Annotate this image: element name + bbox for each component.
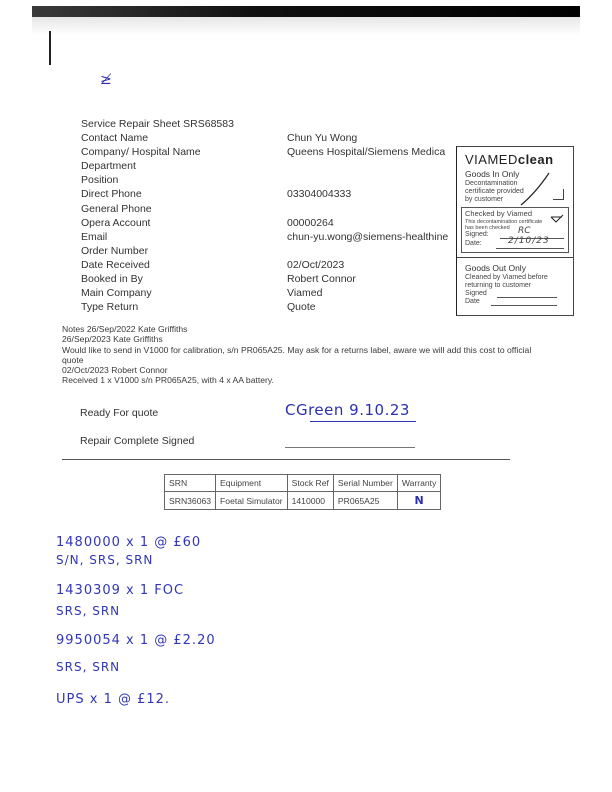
header-serial-number: Serial Number bbox=[333, 475, 397, 492]
field-label: Order Number bbox=[81, 244, 148, 258]
cell-stock-ref: 1410000 bbox=[287, 492, 333, 510]
field-label: Opera Account bbox=[81, 216, 150, 230]
scan-top-edge bbox=[32, 6, 580, 17]
handwritten-item-3-line1: 9950054 x 1 @ £2.20 bbox=[56, 633, 216, 648]
handwritten-item-1-line1: 1480000 x 1 @ £60 bbox=[56, 535, 201, 550]
handwritten-slash-mark bbox=[519, 171, 553, 207]
table-header-row: SRN Equipment Stock Ref Serial Number Wa… bbox=[165, 475, 441, 492]
goods-out-signed-label: Signed bbox=[465, 290, 487, 298]
field-label: Department bbox=[81, 159, 136, 173]
checkmark-icon bbox=[550, 214, 564, 224]
table-row: SRN36063 Foetal Simulator 1410000 PR065A… bbox=[165, 492, 441, 510]
goods-out-date-line bbox=[491, 305, 557, 306]
field-label: Date Received bbox=[81, 258, 150, 272]
field-label: Email bbox=[81, 230, 107, 244]
note-line: 02/Oct/2023 Robert Connor bbox=[62, 365, 582, 375]
goods-in-title: Goods In Only bbox=[465, 169, 519, 179]
ready-for-quote-label: Ready For quote bbox=[80, 406, 158, 420]
field-value: Queens Hospital/Siemens Medica bbox=[287, 145, 445, 159]
note-line: quote bbox=[62, 355, 582, 365]
note-line: Notes 26/Sep/2022 Kate Griffiths bbox=[62, 324, 582, 334]
field-label: General Phone bbox=[81, 202, 152, 216]
date-value: 2/10/23 bbox=[508, 237, 550, 245]
goods-in-text-2: certificate provided bbox=[465, 188, 524, 196]
signed-label: Signed: bbox=[465, 231, 489, 239]
field-label: Position bbox=[81, 173, 118, 187]
goods-in-text-1: Decontamination bbox=[465, 180, 518, 188]
goods-out-text-2: returning to customer bbox=[465, 282, 531, 290]
note-line: Received 1 x V1000 s/n PR065A25, with 4 … bbox=[62, 375, 582, 385]
goods-out-signed-line bbox=[497, 297, 557, 298]
viamed-clean-stamp: VIAMEDclean Goods In Only Decontaminatio… bbox=[456, 146, 574, 316]
goods-out-title: Goods Out Only bbox=[465, 263, 526, 273]
field-label: Booked in By bbox=[81, 272, 143, 286]
notes-section: Notes 26/Sep/2022 Kate Griffiths 26/Sep/… bbox=[62, 324, 582, 386]
header-srn: SRN bbox=[165, 475, 216, 492]
field-value: Viamed bbox=[287, 286, 322, 300]
field-value: Chun Yu Wong bbox=[287, 131, 357, 145]
header-stock-ref: Stock Ref bbox=[287, 475, 333, 492]
sheet-title: Service Repair Sheet SRS68583 bbox=[81, 117, 234, 131]
field-label: Direct Phone bbox=[81, 187, 142, 201]
stamp-brand: VIAMEDclean bbox=[465, 152, 554, 167]
cell-equipment: Foetal Simulator bbox=[216, 492, 288, 510]
handwritten-item-2-line1: 1430309 x 1 FOC bbox=[56, 583, 184, 598]
field-label: Contact Name bbox=[81, 131, 148, 145]
repair-complete-signature-line bbox=[285, 447, 415, 448]
field-value: 02/Oct/2023 bbox=[287, 258, 344, 272]
cell-warranty: N bbox=[397, 492, 441, 510]
scan-shadow bbox=[32, 17, 580, 35]
note-line: Would like to send in V1000 for calibrat… bbox=[62, 345, 582, 355]
cell-srn: SRN36063 bbox=[165, 492, 216, 510]
handwritten-item-1-line2: S/N, SRS, SRN bbox=[56, 553, 153, 567]
date-label: Date: bbox=[465, 240, 482, 248]
signature-underline bbox=[310, 421, 416, 422]
header-equipment: Equipment bbox=[216, 475, 288, 492]
field-label: Company/ Hospital Name bbox=[81, 145, 201, 159]
field-label: Main Company bbox=[81, 286, 152, 300]
note-line: 26/Sep/2023 Kate Griffiths bbox=[62, 334, 582, 344]
equipment-table: SRN Equipment Stock Ref Serial Number Wa… bbox=[164, 474, 441, 510]
repair-complete-label: Repair Complete Signed bbox=[80, 434, 194, 448]
header-warranty: Warranty bbox=[397, 475, 441, 492]
goods-in-checkbox bbox=[553, 189, 564, 200]
signed-value: RC bbox=[518, 227, 531, 235]
date-line bbox=[496, 248, 564, 249]
checked-title: Checked by Viamed bbox=[465, 210, 532, 218]
section-divider bbox=[62, 459, 510, 460]
handwritten-item-2-line2: SRS, SRN bbox=[56, 604, 120, 618]
goods-out-date-label: Date bbox=[465, 298, 480, 306]
field-value: 03304004333 bbox=[287, 187, 351, 201]
field-value: Quote bbox=[287, 300, 316, 314]
field-value: 00000264 bbox=[287, 216, 334, 230]
handwritten-item-4-line1: UPS x 1 @ £12. bbox=[56, 692, 170, 707]
field-label: Type Return bbox=[81, 300, 138, 314]
field-value: chun-yu.wong@siemens-healthine bbox=[287, 230, 448, 244]
margin-mark bbox=[49, 31, 51, 65]
handwritten-initials: ≱ bbox=[100, 72, 112, 88]
stamp-divider bbox=[457, 257, 573, 258]
field-value: Robert Connor bbox=[287, 272, 356, 286]
goods-out-text-1: Cleaned by Viamed before bbox=[465, 274, 548, 282]
ready-for-quote-signature: CGreen 9.10.23 bbox=[285, 401, 410, 419]
goods-in-text-3: by customer bbox=[465, 196, 503, 204]
checked-by-viamed-box: Checked by Viamed This decontamination c… bbox=[461, 207, 569, 253]
handwritten-item-3-line2: SRS, SRN bbox=[56, 660, 120, 674]
cell-serial-number: PR065A25 bbox=[333, 492, 397, 510]
